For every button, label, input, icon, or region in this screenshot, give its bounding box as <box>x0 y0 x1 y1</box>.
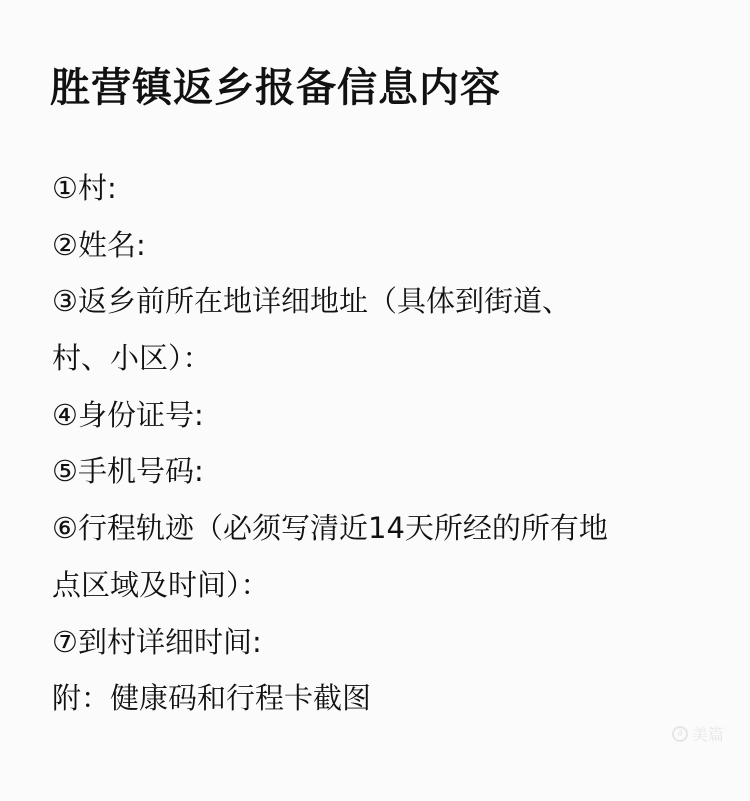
field-id-number: ④身份证号: <box>52 387 702 444</box>
document-title: 胜营镇返乡报备信息内容 <box>50 60 501 116</box>
form-field-list: ①村: ②姓名: ③返乡前所在地详细地址（具体到街道、 村、小区）： ④身份证号… <box>52 160 702 727</box>
field-name: ②姓名: <box>52 217 702 274</box>
watermark-label: 美篇 <box>692 722 724 745</box>
field-phone-number: ⑤手机号码: <box>52 443 702 500</box>
field-village: ①村: <box>52 160 702 217</box>
field-previous-address: ③返乡前所在地详细地址（具体到街道、 <box>52 273 702 330</box>
watermark: ∂ 美篇 <box>672 722 724 745</box>
attachment-note: 附：健康码和行程卡截图 <box>52 670 702 727</box>
field-travel-history-continued: 点区域及时间）： <box>52 557 702 614</box>
field-previous-address-continued: 村、小区）： <box>52 330 702 387</box>
field-arrival-time: ⑦到村详细时间: <box>52 614 702 671</box>
field-travel-history: ⑥行程轨迹（必须写清近14天所经的所有地 <box>52 500 702 557</box>
meipian-logo-icon: ∂ <box>672 726 688 742</box>
